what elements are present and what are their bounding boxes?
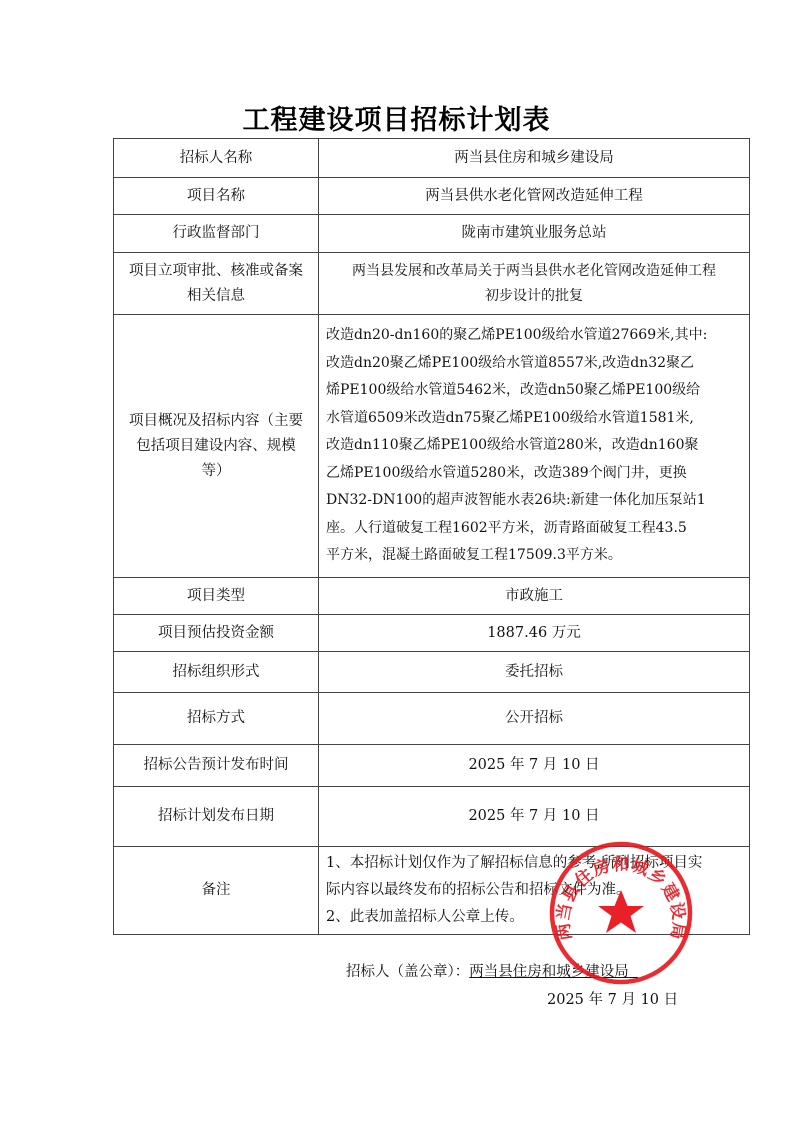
remarks: 1、本招标计划仅作为了解招标信息的参考,所列招标项目实 际内容以最终发布的招标公…: [319, 847, 750, 935]
table-row: 项目类型 市政施工: [114, 578, 750, 615]
value-line: 水管道6509米改造dn75聚乙烯PE100级给水管道1581米,: [326, 405, 743, 433]
value-line: 座。人行道破复工程1602平方米，沥青路面破复工程43.5: [326, 515, 743, 543]
value-line: 改造dn110聚乙烯PE100级给水管道280米，改造dn160聚: [326, 432, 743, 460]
row-value: 公开招标: [319, 693, 750, 745]
row-label: 项目类型: [114, 578, 319, 615]
label-line: 等）: [120, 459, 312, 484]
row-value: 2025 年 7 月 10 日: [319, 787, 750, 847]
row-value: 两当县住房和城乡建设局: [319, 139, 750, 178]
remark-line: 际内容以最终发布的招标公告和招标文件为准。: [326, 877, 743, 904]
table-row: 招标人名称 两当县住房和城乡建设局: [114, 139, 750, 178]
row-value: 陇南市建筑业服务总站: [319, 215, 750, 253]
signer-block: 招标人（盖公章）：两当县住房和城乡建设局: [346, 960, 638, 981]
table-row: 行政监督部门 陇南市建筑业服务总站: [114, 215, 750, 253]
sign-date: 2025 年 7 月 10 日: [547, 988, 678, 1009]
value-line: 两当县发展和改革局关于两当县供水老化管网改造延伸工程: [325, 259, 743, 284]
value-line: 初步设计的批复: [325, 284, 743, 309]
row-value: 委托招标: [319, 652, 750, 693]
row-value: 两当县发展和改革局关于两当县供水老化管网改造延伸工程 初步设计的批复: [319, 253, 750, 315]
remark-line: 2、此表加盖招标人公章上传。: [326, 904, 743, 931]
row-value: 市政施工: [319, 578, 750, 615]
row-label: 项目预估投资金额: [114, 615, 319, 652]
table-row: 项目立项审批、核准或备案 相关信息 两当县发展和改革局关于两当县供水老化管网改造…: [114, 253, 750, 315]
project-overview: 改造dn20-dn160的聚乙烯PE100级给水管道27669米,其中: 改造d…: [319, 315, 750, 578]
row-value: 两当县供水老化管网改造延伸工程: [319, 178, 750, 215]
value-line: DN32-DN100的超声波智能水表26块:新建一体化加压泵站1: [326, 487, 743, 515]
page-title: 工程建设项目招标计划表: [0, 98, 793, 137]
row-label: 项目名称: [114, 178, 319, 215]
label-line: 项目概况及招标内容（主要: [120, 409, 312, 434]
table-row: 项目预估投资金额 1887.46 万元: [114, 615, 750, 652]
value-line: 烯PE100级给水管道5462米，改造dn50聚乙烯PE100级给: [326, 377, 743, 405]
row-label: 招标组织形式: [114, 652, 319, 693]
signer-label: 招标人（盖公章）：: [346, 964, 469, 980]
row-value: 2025 年 7 月 10 日: [319, 745, 750, 787]
signer-underline-pad: [629, 964, 638, 980]
row-label: 项目立项审批、核准或备案 相关信息: [114, 253, 319, 315]
label-line: 包括项目建设内容、规模: [120, 434, 312, 459]
table-row: 招标公告预计发布时间 2025 年 7 月 10 日: [114, 745, 750, 787]
value-line: 乙烯PE100级给水管道5280米，改造389个阀门井，更换: [326, 460, 743, 488]
table-row: 招标方式 公开招标: [114, 693, 750, 745]
row-label: 行政监督部门: [114, 215, 319, 253]
table-row: 招标计划发布日期 2025 年 7 月 10 日: [114, 787, 750, 847]
value-line: 改造dn20聚乙烯PE100级给水管道8557米,改造dn32聚乙: [326, 350, 743, 378]
row-label: 招标方式: [114, 693, 319, 745]
table-row: 项目名称 两当县供水老化管网改造延伸工程: [114, 178, 750, 215]
row-label: 项目概况及招标内容（主要 包括项目建设内容、规模 等）: [114, 315, 319, 578]
value-line: 平方米，混凝土路面破复工程17509.3平方米。: [326, 542, 743, 570]
label-line: 相关信息: [120, 284, 312, 309]
label-line: 项目立项审批、核准或备案: [120, 259, 312, 284]
row-label: 备注: [114, 847, 319, 935]
row-label: 招标公告预计发布时间: [114, 745, 319, 787]
table-row: 招标组织形式 委托招标: [114, 652, 750, 693]
table-row: 备注 1、本招标计划仅作为了解招标信息的参考,所列招标项目实 际内容以最终发布的…: [114, 847, 750, 935]
value-line: 改造dn20-dn160的聚乙烯PE100级给水管道27669米,其中:: [326, 322, 743, 350]
row-value: 1887.46 万元: [319, 615, 750, 652]
table-row: 项目概况及招标内容（主要 包括项目建设内容、规模 等） 改造dn20-dn160…: [114, 315, 750, 578]
bidding-plan-table: 招标人名称 两当县住房和城乡建设局 项目名称 两当县供水老化管网改造延伸工程 行…: [113, 138, 750, 935]
row-label: 招标计划发布日期: [114, 787, 319, 847]
row-label: 招标人名称: [114, 139, 319, 178]
remark-line: 1、本招标计划仅作为了解招标信息的参考,所列招标项目实: [326, 850, 743, 877]
signer-name: 两当县住房和城乡建设局: [469, 964, 629, 980]
